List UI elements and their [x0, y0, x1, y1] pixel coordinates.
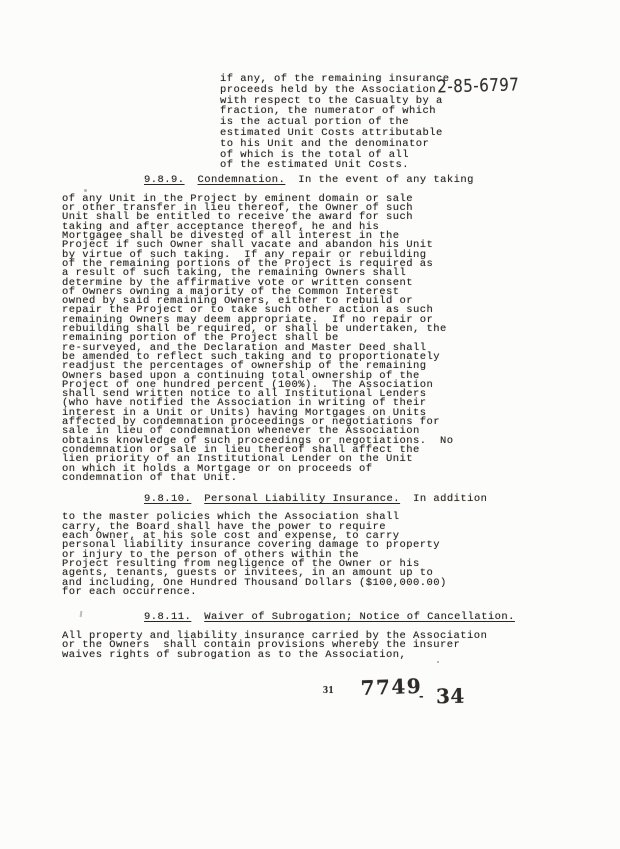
section-paragraph: to the master policies which the Associa…: [62, 513, 502, 597]
page-number: 31: [323, 685, 334, 696]
section-paragraph: of any Unit in the Project by eminent do…: [62, 195, 502, 483]
text-line: condemnation of that Unit.: [62, 474, 502, 483]
text-line: for each occurrence.: [62, 588, 502, 597]
section-title: Personal Liability Insurance.: [204, 493, 400, 505]
recorder-stamp-page: 34: [436, 684, 465, 708]
section-number: 9.8.9.: [144, 174, 185, 186]
section-heading: 9.8.11.Waiver of Subrogation; Notice of …: [62, 604, 502, 632]
section-personal-liability-insurance: 9.8.10.Personal Liability Insurance.In a…: [62, 486, 502, 598]
recorder-stamp-dash: -: [419, 690, 424, 703]
section-number: 9.8.11.: [144, 611, 191, 623]
section-number: 9.8.10.: [144, 493, 191, 505]
scanned-document-page: 2-85-6797 if any, of the remaining insur…: [0, 0, 620, 849]
scan-artifact: [437, 661, 439, 663]
section-condemnation: 9.8.9.Condemnation.In the event of any t…: [62, 167, 502, 483]
section-heading: 9.8.9.Condemnation.In the event of any t…: [62, 167, 502, 195]
section-title: Condemnation.: [198, 174, 286, 186]
section-paragraph: All property and liability insurance car…: [62, 632, 502, 660]
section-title: Waiver of Subrogation; Notice of Cancell…: [204, 611, 515, 623]
text-line: proceeds held by the Association: [220, 85, 450, 96]
section-lead-text: In addition: [413, 493, 487, 505]
text-line: to his Unit and the denominator: [220, 139, 450, 150]
recorder-stamp-book: 7749: [360, 674, 422, 700]
carryover-paragraph: if any, of the remaining insuranceprocee…: [220, 74, 450, 171]
section-lead-text: In the event of any taking: [298, 174, 474, 186]
document-body: 9.8.9.Condemnation.In the event of any t…: [62, 167, 502, 660]
section-waiver-of-subrogation: 9.8.11.Waiver of Subrogation; Notice of …: [62, 604, 502, 660]
text-line: waives rights of subrogation as to the A…: [62, 651, 502, 660]
page-footer: 31 7749 - 34: [0, 676, 620, 716]
section-heading: 9.8.10.Personal Liability Insurance.In a…: [62, 486, 502, 514]
